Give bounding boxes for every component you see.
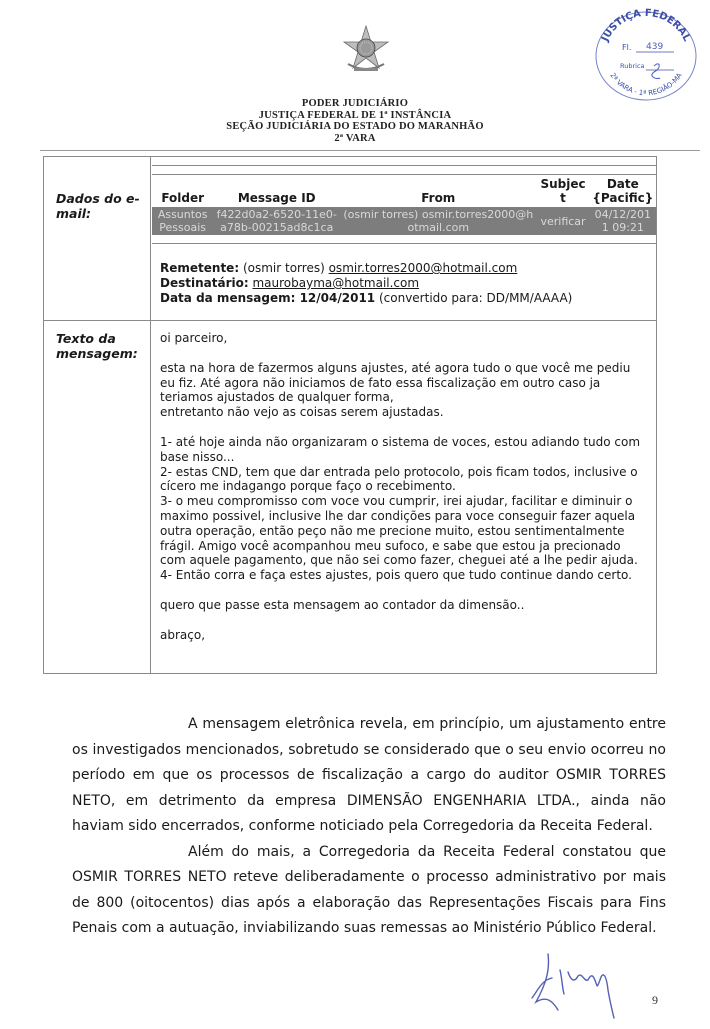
column-header-from: From — [340, 175, 536, 208]
sender-label: Remetente: — [160, 261, 239, 275]
svg-text:Rubrica: Rubrica — [620, 62, 645, 70]
message-paragraph: quero que passe esta mensagem ao contado… — [160, 598, 648, 613]
message-closing: abraço, — [160, 628, 648, 643]
message-paragraph: entretanto não vejo as coisas serem ajus… — [160, 405, 648, 420]
decision-text: A mensagem eletrônica revela, em princíp… — [72, 712, 666, 942]
message-greeting: oi parceiro, — [160, 331, 648, 346]
sender-line: Remetente: (osmir torres) osmir.torres20… — [160, 261, 572, 276]
body-paragraph: A mensagem eletrônica revela, em princíp… — [72, 712, 666, 840]
email-data-row: Dados do e-mail: Folder Message ID From … — [44, 157, 656, 321]
column-header-folder: Folder — [152, 175, 213, 208]
message-date-label: Data da mensagem — [160, 291, 291, 305]
cell-date: 04/12/2011 09:21 — [590, 207, 656, 235]
cell-folder: Assuntos Pessoais — [152, 207, 213, 235]
sender-name: (osmir torres) — [243, 261, 325, 275]
message-item: 3- o meu compromisso com voce vou cumpri… — [160, 494, 648, 568]
column-header-message-id: Message ID — [213, 175, 340, 208]
message-item: 4- Então corra e faça estes ajustes, poi… — [160, 568, 648, 583]
column-header-subject: Subjec t — [536, 175, 589, 208]
message-table: Folder Message ID From Subjec t Date {Pa… — [152, 174, 656, 235]
message-item: 1- até hoje ainda não organizaram o sist… — [160, 435, 648, 465]
message-summary: Folder Message ID From Subjec t Date {Pa… — [152, 165, 656, 244]
message-text-label: Texto da mensagem: — [56, 331, 140, 361]
recipient-label: Destinatário: — [160, 276, 249, 290]
message-date-line: Data da mensagem: 12/04/2011 (convertido… — [160, 291, 572, 306]
court-stamp: JUSTIÇA FEDERAL 2ª VARA - 1ª REGIÃO-MA F… — [590, 6, 702, 102]
coat-of-arms-icon — [340, 24, 392, 76]
sender-email-link[interactable]: osmir.torres2000@hotmail.com — [329, 261, 518, 275]
message-paragraph: esta na hora de fazermos alguns ajustes,… — [160, 361, 648, 405]
signature-icon — [528, 950, 638, 1020]
recipient-email-link[interactable]: maurobayma@hotmail.com — [252, 276, 419, 290]
svg-text:439: 439 — [646, 42, 663, 52]
svg-text:JUSTIÇA FEDERAL: JUSTIÇA FEDERAL — [599, 8, 692, 44]
header-line: PODER JUDICIÁRIO — [0, 98, 710, 110]
header-line: SEÇÃO JUDICIÁRIA DO ESTADO DO MARANHÃO — [0, 121, 710, 133]
column-header-date: Date {Pacific} — [590, 175, 656, 208]
message-body: oi parceiro, esta na hora de fazermos al… — [160, 331, 648, 643]
body-paragraph: Além do mais, a Corregedoria da Receita … — [72, 840, 666, 942]
header-line: JUSTIÇA FEDERAL DE 1ª INSTÂNCIA — [0, 110, 710, 122]
message-date-value: 12/04/2011 — [300, 291, 376, 305]
message-metadata: Remetente: (osmir torres) osmir.torres20… — [160, 261, 572, 306]
table-row: Assuntos Pessoais f422d0a2-6520-11e0-a78… — [152, 207, 656, 235]
svg-text:Fl.: Fl. — [622, 43, 631, 52]
message-item: 2- estas CND, tem que dar entrada pelo p… — [160, 465, 648, 495]
cell-subject: verificar — [536, 207, 589, 235]
email-data-label: Dados do e-mail: — [56, 191, 148, 221]
page-number: 9 — [652, 993, 658, 1008]
message-text-row: Texto da mensagem: oi parceiro, esta na … — [44, 321, 656, 673]
recipient-line: Destinatário: maurobayma@hotmail.com — [160, 276, 572, 291]
cell-from: (osmir torres) osmir.torres2000@hotmail.… — [340, 207, 536, 235]
message-date-note: (convertido para: DD/MM/AAAA) — [379, 291, 572, 305]
court-header: PODER JUDICIÁRIO JUSTIÇA FEDERAL DE 1ª I… — [0, 98, 710, 144]
stamp-icon: JUSTIÇA FEDERAL 2ª VARA - 1ª REGIÃO-MA F… — [590, 6, 702, 102]
header-line: 2ª VARA — [0, 133, 710, 145]
cell-message-id: f422d0a2-6520-11e0-a78b-00215ad8c1ca — [213, 207, 340, 235]
header-divider — [40, 150, 700, 151]
email-evidence-table: Dados do e-mail: Folder Message ID From … — [43, 156, 657, 674]
